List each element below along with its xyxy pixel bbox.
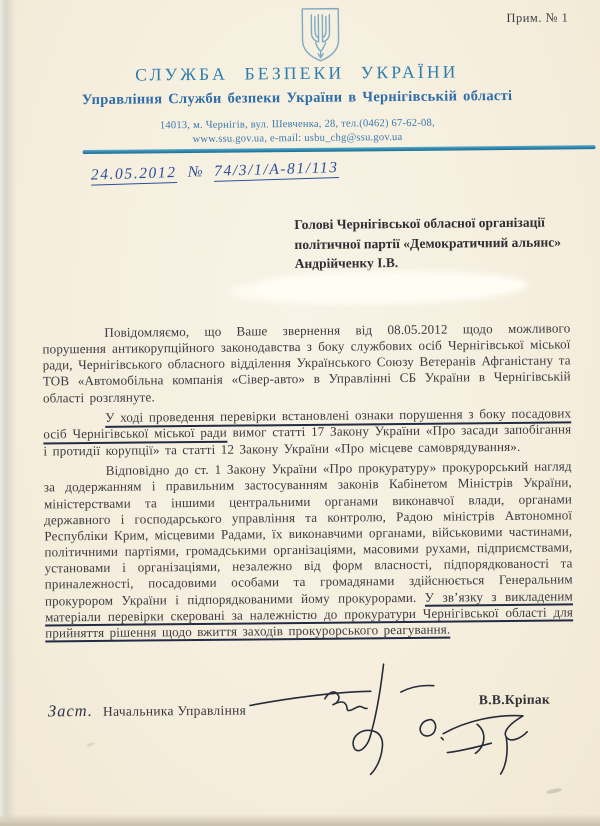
whiteout-redaction-smear [259, 275, 523, 300]
position-handwritten-part: Заст. [48, 701, 93, 720]
org-department: Управління Служби безпеки України в Черн… [0, 87, 597, 110]
letterhead-divider [83, 145, 596, 154]
addressee-line: Андрійченку І.В. [295, 251, 581, 273]
signer-position: Заст. Начальника Управління [48, 700, 246, 722]
scan-edge-bottom [0, 814, 600, 826]
letter-date: 24.05.2012 [91, 164, 177, 186]
letter-body: Повідомляємо, що Ваше звернення від 08.0… [42, 320, 573, 646]
addressee-line: Голові Чернігівської обласної організаці… [294, 212, 580, 234]
paragraph: У ході проведення перевірки встановлені … [43, 406, 571, 460]
org-contacts: www.ssu.gov.ua, e-mail: usbu_chg@ssu.gov… [0, 130, 598, 147]
org-name: СЛУЖБА БЕЗПЕКИ УКРАЇНИ [0, 60, 597, 87]
scanned-letter-page: Прим. № 1 СЛУЖБА БЕЗПЕКИ УКРАЇНИ Управлі… [0, 0, 600, 826]
paragraph: Відповідно до ст. 1 Закону України «Про … [44, 459, 574, 642]
copy-number-note: Прим. № 1 [506, 10, 568, 26]
scan-edge-left [0, 0, 16, 826]
reference-line: 24.05.2012 № 74/3/1/А-81/113 [91, 159, 339, 185]
trident-emblem-icon [297, 6, 344, 64]
paragraph-text: Відповідно до ст. 1 Закону України «Про … [44, 459, 573, 608]
position-typed-part: Начальника Управління [103, 703, 246, 719]
scan-content: Прим. № 1 СЛУЖБА БЕЗПЕКИ УКРАЇНИ Управлі… [0, 0, 600, 826]
handwritten-signatures-icon [242, 652, 563, 787]
addressee-block: Голові Чернігівської обласної організаці… [294, 212, 581, 273]
paragraph: Повідомляємо, що Ваше звернення від 08.0… [42, 320, 571, 406]
addressee-line: політичної партії «Демократичний альянс» [294, 232, 580, 254]
letter-number: 74/3/1/А-81/113 [214, 159, 339, 182]
number-sign: № [188, 163, 203, 180]
